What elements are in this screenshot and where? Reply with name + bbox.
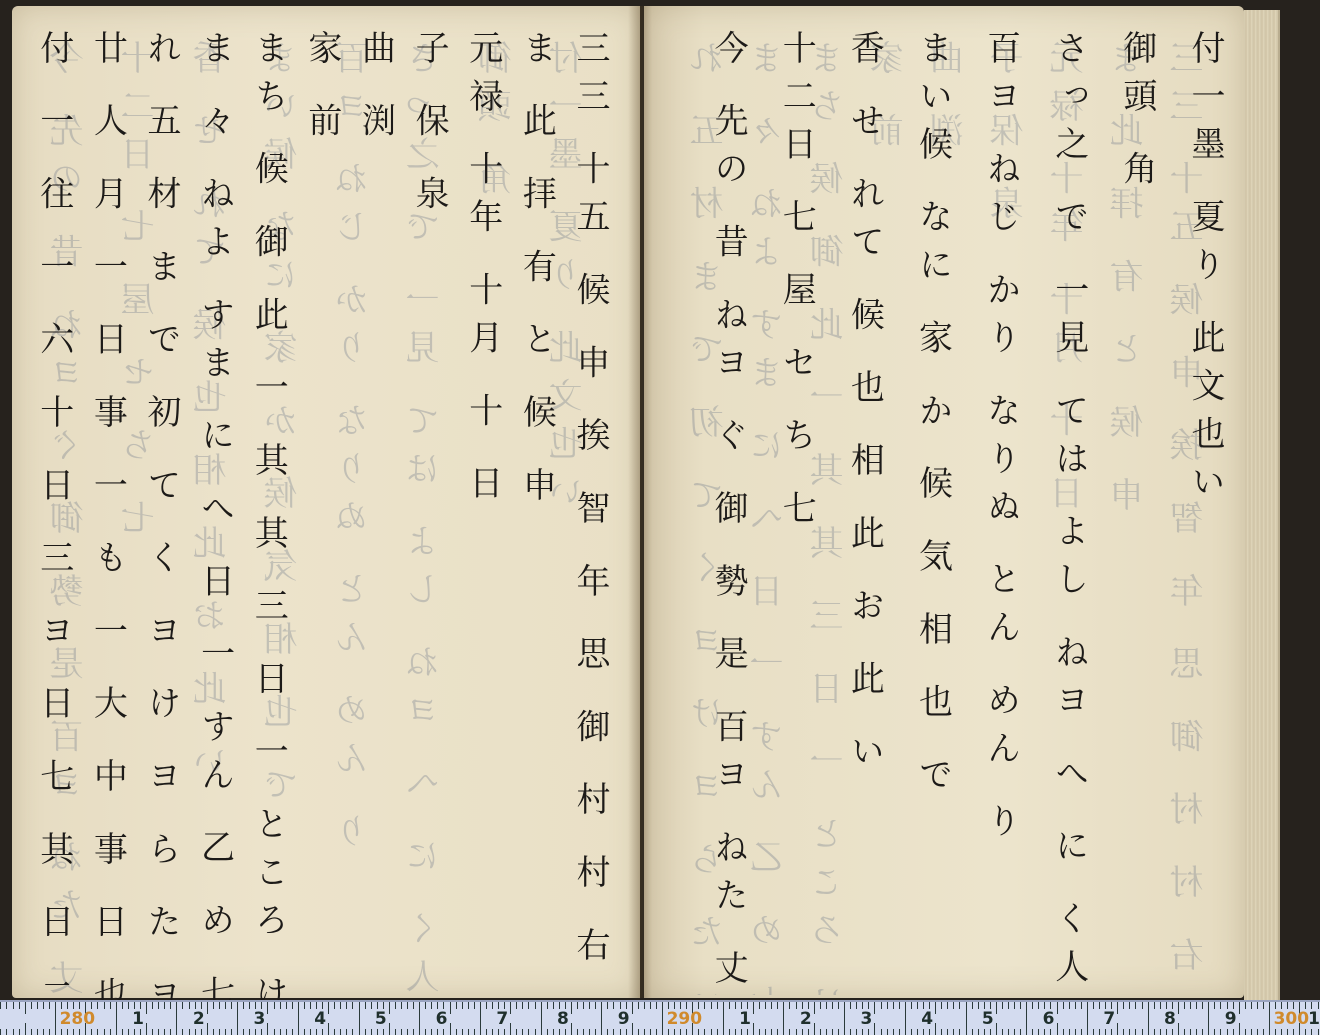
ruler-tick xyxy=(352,1002,353,1009)
ruler-tick xyxy=(158,1029,159,1035)
text-column: まち 候 御 此 一 其 其 三 日 一 ところ け 丸 xyxy=(245,30,299,1015)
ruler-tick xyxy=(146,1002,147,1014)
ruler-tick xyxy=(1038,1002,1039,1009)
ruler-tick xyxy=(1311,1002,1312,1009)
ruler-tick xyxy=(589,1029,590,1035)
ruler-tick xyxy=(959,1029,960,1035)
ruler-tick xyxy=(504,1002,505,1009)
ruler-tick xyxy=(765,1002,766,1009)
ruler-tick xyxy=(704,1002,705,1009)
ruler-tick xyxy=(201,1002,202,1009)
ruler-tick xyxy=(292,1002,293,1009)
ruler-tick xyxy=(893,1002,894,1009)
ruler-tick xyxy=(1311,1029,1312,1035)
ruler-tick xyxy=(328,1023,329,1035)
ruler-major-label: 280 xyxy=(60,1009,96,1029)
ruler-tick xyxy=(219,1002,220,1009)
ruler-tick xyxy=(1044,1002,1045,1009)
ruler-tick xyxy=(565,1029,566,1035)
ruler-tick xyxy=(771,1002,772,1009)
ruler-tick xyxy=(243,1002,244,1009)
ruler-tick xyxy=(1245,1029,1246,1035)
text-column: 元禄 十年 十月 十 日 xyxy=(459,30,513,1015)
ruler-tick xyxy=(1032,1002,1033,1009)
ruler-tick xyxy=(820,1002,821,1009)
ruler-tick xyxy=(1178,1023,1179,1035)
ruler-tick xyxy=(1166,1029,1167,1035)
ruler-tick xyxy=(868,1029,869,1035)
ruler-tick xyxy=(881,1029,882,1035)
ruler-tick xyxy=(437,1029,438,1035)
ruler-major-label: 290 xyxy=(667,1009,703,1029)
ruler-tick xyxy=(231,1002,232,1009)
ruler-tick xyxy=(528,1029,529,1035)
ruler-tick xyxy=(249,1029,250,1035)
ruler-tick xyxy=(1166,1002,1167,1009)
ruler-tick xyxy=(783,1002,784,1035)
ruler-tick xyxy=(723,1002,724,1035)
ruler-tick xyxy=(371,1029,372,1035)
ruler-tick xyxy=(923,1002,924,1009)
ruler-tick xyxy=(182,1029,183,1035)
ruler-tick xyxy=(1220,1002,1221,1009)
ruler-tick xyxy=(1245,1002,1246,1009)
ruler-tick xyxy=(322,1002,323,1009)
ruler-tick xyxy=(195,1029,196,1035)
ruler-tick xyxy=(310,1029,311,1035)
ruler-tick xyxy=(820,1029,821,1035)
ruler-tick xyxy=(1050,1029,1051,1035)
ruler-tick xyxy=(213,1002,214,1009)
ruler-tick xyxy=(607,1029,608,1035)
ruler-tick xyxy=(437,1002,438,1009)
ruler-tick xyxy=(832,1029,833,1035)
ruler-tick xyxy=(789,1029,790,1035)
ruler-tick xyxy=(504,1029,505,1035)
ruler-tick xyxy=(322,1029,323,1035)
ruler-tick xyxy=(176,1002,177,1035)
ruler-tick xyxy=(1044,1029,1045,1035)
ruler-tick xyxy=(498,1029,499,1035)
ruler-tick xyxy=(407,1002,408,1009)
ruler-tick xyxy=(1081,1029,1082,1035)
ruler-tick xyxy=(1142,1029,1143,1035)
ruler-tick xyxy=(796,1029,797,1035)
ruler-tick xyxy=(1099,1002,1100,1009)
text-column: 三三 十五 候 申 挨 智 年 思 御 村 村 右 xyxy=(566,30,620,1015)
ruler-tick xyxy=(1081,1002,1082,1009)
ruler-tick xyxy=(868,1002,869,1009)
ruler-tick xyxy=(535,1029,536,1035)
ruler-tick xyxy=(777,1002,778,1009)
ruler-tick xyxy=(328,1002,329,1014)
ruler-tick xyxy=(547,1029,548,1035)
ruler-tick xyxy=(1257,1029,1258,1035)
ruler-tick xyxy=(1129,1029,1130,1035)
ruler-tick xyxy=(182,1002,183,1009)
ruler-minor-label: 4 xyxy=(921,1009,933,1029)
ruler-tick xyxy=(996,1002,997,1014)
ruler-tick xyxy=(140,1002,141,1009)
ruler-tick xyxy=(626,1002,627,1009)
ruler-tick xyxy=(874,1002,875,1014)
ruler-tick xyxy=(304,1002,305,1009)
ruler-tick xyxy=(644,1002,645,1009)
ruler-tick xyxy=(644,1029,645,1035)
ruler-tick xyxy=(237,1002,238,1035)
ruler-tick xyxy=(261,1002,262,1009)
ruler-minor-label: 7 xyxy=(1103,1009,1115,1029)
ruler-tick xyxy=(553,1002,554,1009)
ruler-tick xyxy=(6,1029,7,1035)
ruler-tick xyxy=(1014,1029,1015,1035)
ruler-tick xyxy=(1093,1002,1094,1009)
text-column: 家 前 xyxy=(298,30,352,1015)
ruler-tick xyxy=(1135,1002,1136,1009)
ruler-tick xyxy=(656,1029,657,1035)
text-column: ま 々 ねよ すま に へ 日 一 すん 乙 め 七 ら 七 xyxy=(191,30,245,1015)
text-column: れ 五 材 ま で 初 て く ヨ け ヨ ら た ヨ た ヨ 日 ひ xyxy=(137,30,191,1015)
ruler-minor-label: 8 xyxy=(1164,1009,1176,1029)
ruler-tick xyxy=(456,1029,457,1035)
ruler-tick xyxy=(225,1002,226,1009)
ruler-tick xyxy=(377,1029,378,1035)
ruler-tick xyxy=(972,1002,973,1009)
ruler-tick xyxy=(1160,1029,1161,1035)
text-column: 百ヨ ねじ かり なりぬ とん めん り xyxy=(963,30,1031,1015)
ruler-tick xyxy=(747,1002,748,1009)
ruler-minor-label: 7 xyxy=(496,1009,508,1029)
ruler-tick xyxy=(626,1029,627,1035)
ruler-tick xyxy=(170,1002,171,1009)
ruler-tick xyxy=(383,1002,384,1009)
ruler-tick xyxy=(686,1002,687,1009)
ruler-tick xyxy=(274,1029,275,1035)
ruler-minor-label: 5 xyxy=(982,1009,994,1029)
ruler-tick xyxy=(91,1029,92,1035)
ruler-tick xyxy=(1184,1029,1185,1035)
ruler-tick xyxy=(947,1002,948,1009)
ruler-tick xyxy=(990,1002,991,1009)
ruler-tick xyxy=(1239,1023,1240,1035)
ruler-tick xyxy=(1008,1002,1009,1009)
ruler-tick xyxy=(316,1002,317,1009)
ruler-tick xyxy=(104,1029,105,1035)
ruler-tick xyxy=(1069,1029,1070,1035)
ruler-tick xyxy=(583,1029,584,1035)
ruler-tick xyxy=(953,1002,954,1009)
ruler-tick xyxy=(486,1029,487,1035)
ruler-tick xyxy=(620,1029,621,1035)
ruler-tick xyxy=(650,1029,651,1035)
ruler-tick xyxy=(134,1029,135,1035)
text-column: 付一墨 夏り 此文也い xyxy=(1167,30,1235,1015)
ruler-tick xyxy=(1318,1029,1319,1035)
ruler-minor-label: 9 xyxy=(1225,1009,1237,1029)
ruler-tick xyxy=(340,1029,341,1035)
ruler-tick xyxy=(1063,1002,1064,1009)
ruler-tick xyxy=(261,1029,262,1035)
ruler-tick xyxy=(620,1002,621,1009)
ruler-tick xyxy=(1111,1002,1112,1009)
ruler-tick xyxy=(1287,1002,1288,1009)
ruler-tick xyxy=(638,1002,639,1009)
ruler-tick xyxy=(711,1029,712,1035)
ruler-tick xyxy=(577,1002,578,1009)
ruler-tick xyxy=(1008,1029,1009,1035)
ruler-tick xyxy=(698,1029,699,1035)
ruler-tick xyxy=(1172,1029,1173,1035)
ruler-tick xyxy=(274,1002,275,1009)
ruler-tick xyxy=(698,1002,699,1009)
ruler-tick xyxy=(717,1002,718,1009)
ruler-tick xyxy=(249,1002,250,1009)
ruler-tick xyxy=(1239,1002,1240,1014)
ruler-tick xyxy=(401,1029,402,1035)
ruler-tick xyxy=(189,1029,190,1035)
ruler-tick xyxy=(1026,1002,1027,1035)
ruler-tick xyxy=(316,1029,317,1035)
ruler-tick xyxy=(195,1002,196,1009)
ruler-tick xyxy=(450,1002,451,1014)
ruler-tick xyxy=(43,1029,44,1035)
ruler-tick xyxy=(704,1029,705,1035)
ruler-tick xyxy=(1293,1029,1294,1035)
text-column: ま 此 拝 有 と 候 申 xyxy=(513,30,567,1015)
ruler-tick xyxy=(480,1002,481,1035)
ruler-tick xyxy=(389,1023,390,1035)
ruler-tick xyxy=(729,1029,730,1035)
ruler-tick xyxy=(1032,1029,1033,1035)
ruler-tick xyxy=(255,1029,256,1035)
ruler-minor-label: 2 xyxy=(193,1009,205,1029)
ruler-tick xyxy=(674,1002,675,1009)
ruler-tick xyxy=(826,1002,827,1009)
ruler-tick xyxy=(601,1002,602,1035)
ruler-tick xyxy=(1123,1029,1124,1035)
ruler-tick xyxy=(1093,1029,1094,1035)
ruler-tick xyxy=(158,1002,159,1009)
ruler-tick xyxy=(559,1029,560,1035)
ruler-tick xyxy=(1214,1029,1215,1035)
ruler-tick xyxy=(1142,1002,1143,1009)
ruler-tick xyxy=(164,1029,165,1035)
ruler-tick xyxy=(1105,1002,1106,1009)
ruler-tick xyxy=(528,1002,529,1009)
ruler-tick xyxy=(862,1002,863,1009)
text-column: まい候 なに 家 か 候 気 相 也 で xyxy=(894,30,962,1015)
ruler-minor-label: 1 xyxy=(132,1009,144,1029)
ruler-tick xyxy=(729,1002,730,1009)
ruler-tick xyxy=(966,1002,967,1035)
ruler-tick xyxy=(814,1002,815,1014)
ruler-tick xyxy=(128,1002,129,1009)
ruler-tick xyxy=(905,1002,906,1035)
ruler-tick xyxy=(207,1023,208,1035)
ruler-tick xyxy=(990,1029,991,1035)
ruler-tick xyxy=(953,1029,954,1035)
ruler-tick xyxy=(595,1029,596,1035)
ruler-tick xyxy=(170,1029,171,1035)
ruler-tick xyxy=(1148,1002,1149,1035)
ruler-tick xyxy=(850,1002,851,1009)
ruler-tick xyxy=(899,1029,900,1035)
book-gutter xyxy=(628,6,652,998)
ruler-tick xyxy=(431,1002,432,1009)
ruler-tick xyxy=(753,1023,754,1035)
ruler-tick xyxy=(1318,1002,1319,1009)
ruler-tick xyxy=(917,1002,918,1009)
ruler-tick xyxy=(443,1029,444,1035)
ruler-tick xyxy=(1202,1029,1203,1035)
ruler-tick xyxy=(280,1029,281,1035)
ruler-tick xyxy=(19,1002,20,1009)
ruler-tick xyxy=(1160,1002,1161,1009)
ruler-tick xyxy=(450,1023,451,1035)
ruler-tick xyxy=(1287,1029,1288,1035)
ruler-tick xyxy=(389,1002,390,1014)
ruler-tick xyxy=(1214,1002,1215,1009)
ruler-tick xyxy=(935,1023,936,1035)
ruler-tick xyxy=(893,1029,894,1035)
ruler-tick xyxy=(522,1029,523,1035)
ruler-tick xyxy=(122,1029,123,1035)
ruler-tick xyxy=(553,1029,554,1035)
text-column: 御頭 角 xyxy=(1099,30,1167,1015)
ruler-tick xyxy=(881,1002,882,1009)
ruler-tick xyxy=(140,1029,141,1035)
ruler-tick xyxy=(1178,1002,1179,1014)
ruler-tick xyxy=(1087,1002,1088,1035)
ruler-tick xyxy=(923,1029,924,1035)
ruler-tick xyxy=(122,1002,123,1009)
ruler-tick xyxy=(814,1023,815,1035)
text-column: 付 一 往 一 六 十 日 三 ヨ 日 七 其 日 二 也 xyxy=(30,30,84,1015)
ruler-tick xyxy=(31,1002,32,1009)
ruler-tick xyxy=(395,1002,396,1009)
ruler-tick xyxy=(346,1002,347,1009)
ruler-tick xyxy=(808,1002,809,1009)
ruler-tick xyxy=(959,1002,960,1009)
ruler-tick xyxy=(0,1002,1,1009)
ruler-tick xyxy=(771,1029,772,1035)
ruler-tick xyxy=(595,1002,596,1009)
ruler-minor-label: 4 xyxy=(314,1009,326,1029)
ruler-tick xyxy=(110,1029,111,1035)
ruler-tick xyxy=(1057,1023,1058,1035)
ruler-tick xyxy=(583,1002,584,1009)
ruler-tick xyxy=(1172,1002,1173,1009)
ruler-tick xyxy=(711,1002,712,1009)
ruler-tick xyxy=(243,1029,244,1035)
ruler-tick xyxy=(395,1029,396,1035)
ruler-tick xyxy=(425,1029,426,1035)
ruler-tick xyxy=(1263,1002,1264,1009)
ruler-tick xyxy=(1117,1002,1118,1014)
manuscript-photo: 三三 十五 候 申 挨 智 年 思 御 村 村 右ま 此 拝 有 と 候 申元禄… xyxy=(0,0,1320,1035)
ruler-tick xyxy=(826,1029,827,1035)
ruler-tick xyxy=(1208,1002,1209,1035)
ruler-tick xyxy=(1293,1002,1294,1009)
ruler-tick xyxy=(79,1029,80,1035)
ruler-tick xyxy=(680,1029,681,1035)
ruler-tick xyxy=(577,1029,578,1035)
ruler-tick xyxy=(334,1029,335,1035)
ruler-tick xyxy=(292,1029,293,1035)
left-page-text: 三三 十五 候 申 挨 智 年 思 御 村 村 右ま 此 拝 有 と 候 申元禄… xyxy=(30,30,620,1015)
ruler-tick xyxy=(589,1002,590,1009)
ruler-tick xyxy=(1111,1029,1112,1035)
ruler-tick xyxy=(1275,1029,1276,1035)
ruler-tick xyxy=(1014,1002,1015,1009)
ruler-tick xyxy=(1227,1002,1228,1009)
ruler-tick xyxy=(1154,1002,1155,1009)
ruler-tick xyxy=(899,1002,900,1009)
ruler-tick xyxy=(978,1002,979,1009)
ruler-tick xyxy=(838,1029,839,1035)
text-column: 十二日 七 屋 セ ち 七 xyxy=(758,30,826,1015)
ruler-tick xyxy=(1069,1002,1070,1009)
ruler-tick xyxy=(844,1002,845,1035)
ruler-tick xyxy=(874,1023,875,1035)
ruler-tick xyxy=(1196,1029,1197,1035)
ruler-tick xyxy=(1251,1029,1252,1035)
ruler-tick xyxy=(789,1002,790,1009)
ruler-tick xyxy=(67,1002,68,1009)
ruler-tick xyxy=(759,1029,760,1035)
ruler-tick xyxy=(1020,1029,1021,1035)
ruler-tick xyxy=(680,1002,681,1009)
ruler-tick xyxy=(911,1002,912,1009)
ruler-tick xyxy=(61,1029,62,1035)
text-column: さっ之 で 一見 ては よし ねヨ へ に く人 ふヨ xyxy=(1031,30,1099,1015)
ruler-tick xyxy=(164,1002,165,1009)
ruler-tick xyxy=(383,1029,384,1035)
ruler-tick xyxy=(1190,1002,1191,1009)
ruler-tick xyxy=(116,1002,117,1035)
ruler-tick xyxy=(377,1002,378,1009)
ruler-tick xyxy=(280,1002,281,1009)
ruler-tick xyxy=(1038,1029,1039,1035)
text-column: 子 保 泉 xyxy=(406,30,460,1015)
ruler-tick xyxy=(49,1002,50,1009)
ruler-tick xyxy=(31,1029,32,1035)
ruler-tick xyxy=(225,1029,226,1035)
ruler-tick xyxy=(522,1002,523,1009)
ruler-tick xyxy=(152,1002,153,1009)
ruler-tick xyxy=(1305,1029,1306,1035)
ruler-tick xyxy=(1281,1002,1282,1009)
ruler-tick xyxy=(443,1002,444,1009)
ruler-tick xyxy=(802,1002,803,1009)
ruler-tick xyxy=(201,1029,202,1035)
ruler-minor-label: 2 xyxy=(800,1009,812,1029)
ruler-tick xyxy=(456,1002,457,1009)
ruler-tick xyxy=(13,1029,14,1035)
ruler-tick xyxy=(425,1002,426,1009)
ruler-tick xyxy=(486,1002,487,1009)
ruler-tick xyxy=(1257,1002,1258,1009)
ruler-tick xyxy=(535,1002,536,1009)
ruler-tick xyxy=(61,1002,62,1009)
ruler-tick xyxy=(1050,1002,1051,1009)
ruler-tick xyxy=(365,1029,366,1035)
ruler-tick xyxy=(802,1029,803,1035)
ruler-tick xyxy=(73,1029,74,1035)
ruler-tick xyxy=(741,1002,742,1009)
ruler-tick xyxy=(1075,1002,1076,1009)
ruler-tick xyxy=(911,1029,912,1035)
